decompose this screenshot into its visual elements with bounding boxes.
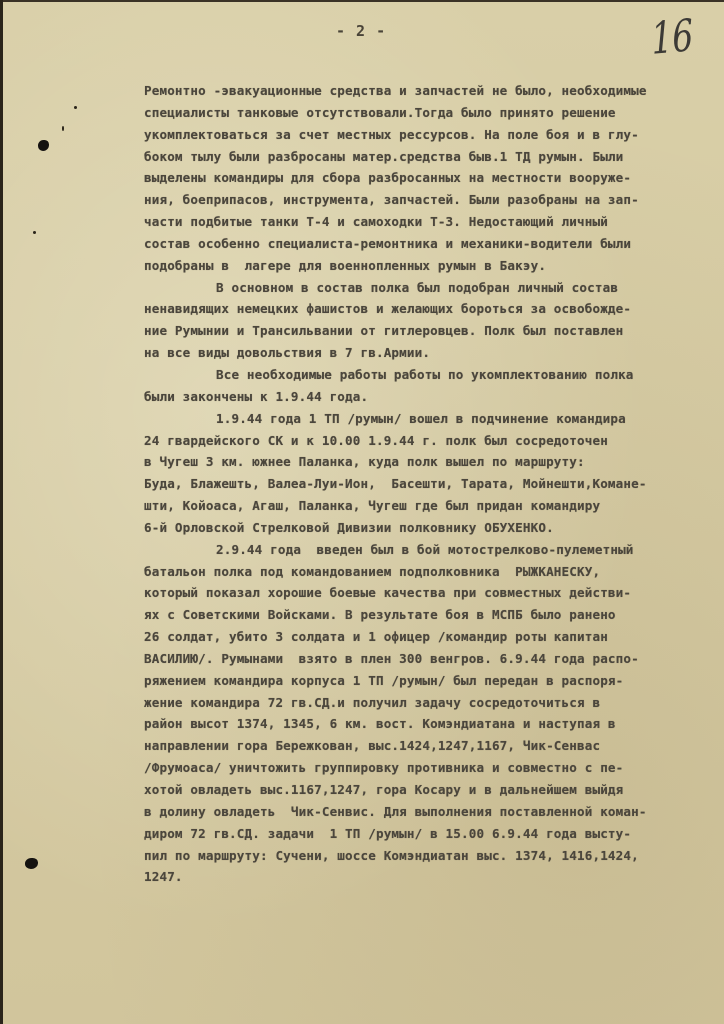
text-line: на все виды довольствия в 7 гв.Армии.: [144, 342, 724, 364]
typed-text-body: Ремонтно -эвакуационные средства и запча…: [144, 80, 724, 888]
text-line: /Фрумоаса/ уничтожить группировку против…: [144, 757, 724, 779]
paper-speck: [62, 126, 64, 131]
text-line: в долину овладеть Чик-Сенвис. Для выполн…: [144, 801, 724, 823]
document-page: - 2 - 16 Ремонтно -эвакуационные средств…: [0, 0, 724, 1024]
text-line: части подбитые танки Т-4 и самоходки Т-3…: [144, 211, 724, 233]
paper-speck: [74, 106, 77, 109]
text-line: ние Румынии и Трансильвании от гитлеровц…: [144, 320, 724, 342]
text-line: боком тылу были разбросаны матер.средств…: [144, 146, 724, 168]
text-line: 6-й Орловской Стрелковой Дивизии полковн…: [144, 517, 724, 539]
punch-hole-mark: [38, 140, 49, 151]
page-number: - 2 -: [336, 22, 386, 40]
text-line: были закончены к 1.9.44 года.: [144, 386, 724, 408]
text-line: ненавидящих немецких фашистов и желающих…: [144, 298, 724, 320]
text-line: подобраны в лагере для военнопленных рум…: [144, 255, 724, 277]
text-line: который показал хорошие боевые качества …: [144, 582, 724, 604]
text-line: район высот 1374, 1345, 6 км. вост. Комэ…: [144, 713, 724, 735]
page-top-edge: [0, 0, 724, 2]
text-line: шти, Койоаса, Агаш, Паланка, Чугеш где б…: [144, 495, 724, 517]
text-line: направлении гора Бережкован, выс.1424,12…: [144, 735, 724, 757]
text-line: пил по маршруту: Сучени, шоссе Комэндиат…: [144, 845, 724, 867]
text-line: батальон полка под командованием подполк…: [144, 561, 724, 583]
text-line: специалисты танковые отсутствовали.Тогда…: [144, 102, 724, 124]
paper-speck: [33, 231, 36, 234]
text-line: жение командира 72 гв.СД.и получил задач…: [144, 692, 724, 714]
text-line: 1.9.44 года 1 ТП /румын/ вошел в подчине…: [144, 408, 724, 430]
text-line: Буда, Блажешть, Валеа-Луи-Ион, Басешти, …: [144, 473, 724, 495]
handwritten-sheet-number: 16: [650, 10, 695, 65]
text-line: в Чугеш 3 км. южнее Паланка, куда полк в…: [144, 451, 724, 473]
text-line: 24 гвардейского СК и к 10.00 1.9.44 г. п…: [144, 430, 724, 452]
text-line: 1247.: [144, 866, 724, 888]
page-left-edge: [0, 0, 3, 1024]
text-line: хотой овладеть выс.1167,1247, гора Косар…: [144, 779, 724, 801]
punch-hole-mark: [25, 858, 38, 869]
text-line: ряжением командира корпуса 1 ТП /румын/ …: [144, 670, 724, 692]
text-line: В основном в состав полка был подобран л…: [144, 277, 724, 299]
text-line: 2.9.44 года введен был в бой мотострелко…: [144, 539, 724, 561]
text-line: ях с Советскими Войсками. В результате б…: [144, 604, 724, 626]
text-line: состав особенно специалиста-ремонтника и…: [144, 233, 724, 255]
text-line: Все необходимые работы работы по укомпле…: [144, 364, 724, 386]
text-line: 26 солдат, убито 3 солдата и 1 офицер /к…: [144, 626, 724, 648]
text-line: укомплектоваться за счет местных рессурс…: [144, 124, 724, 146]
text-line: выделены командиры для сбора разбросанны…: [144, 167, 724, 189]
text-line: Ремонтно -эвакуационные средства и запча…: [144, 80, 724, 102]
text-line: ния, боеприпасов, инструмента, запчастей…: [144, 189, 724, 211]
text-line: диром 72 гв.СД. задачи 1 ТП /румын/ в 15…: [144, 823, 724, 845]
text-line: ВАСИЛИЮ/. Румынами взято в плен 300 венг…: [144, 648, 724, 670]
